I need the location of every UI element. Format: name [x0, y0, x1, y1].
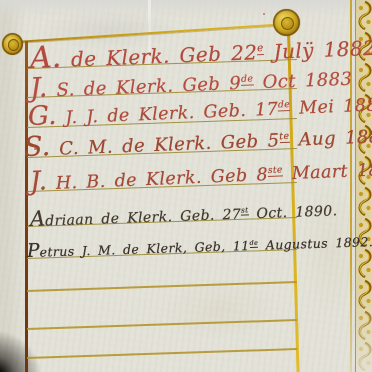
entry-ordinal: ste: [268, 166, 283, 178]
register-page-photo: A. de Klerk. Geb 22e Julÿ 1882J. S. de K…: [0, 0, 372, 372]
entry-name: J. H. B. de Klerk.: [29, 160, 202, 197]
entry-month: Aug: [298, 128, 336, 150]
entry-month: Oct: [262, 71, 296, 93]
entry-geb-label: Geb: [182, 74, 221, 96]
ink-speckle: [263, 13, 265, 15]
entry-ordinal: de: [278, 100, 290, 111]
entry-day: 27: [222, 207, 241, 224]
entry-name: S. C. M. de Klerk.: [23, 125, 212, 163]
entry-geb-label: Geb: [179, 42, 222, 68]
entry-month: Augustus: [266, 236, 329, 253]
entry-month: Julÿ: [273, 38, 314, 64]
entry-ordinal: de: [249, 239, 258, 248]
entry-geb-label: Geb.: [203, 101, 247, 123]
entry-geb-label: Geb,: [194, 239, 225, 255]
entry-geb-label: Geb: [210, 166, 248, 188]
entry-geb-label: Geb.: [180, 208, 215, 225]
ruled-line: [27, 348, 297, 359]
entry-year: 1892.: [335, 234, 372, 250]
entry-month: Mei: [299, 97, 335, 118]
frame-left-line: [25, 41, 28, 372]
entry-name: Adriaan de Klerk.: [30, 202, 173, 231]
entry-year: 1886: [345, 126, 372, 149]
entry-day: 11: [233, 238, 250, 254]
entry-ordinal: e: [257, 42, 264, 55]
entry-day: 17: [255, 100, 279, 121]
entry-day: 8: [256, 165, 268, 185]
entry-year: 1882: [323, 36, 372, 62]
entry-day: 5: [267, 130, 280, 151]
entry-name: Petrus J. M. de Klerk,: [27, 236, 188, 262]
left-corner-medallion-icon: [2, 33, 23, 55]
entry-year: 1890.: [295, 203, 338, 220]
entry-year: 1885: [343, 95, 372, 117]
entry-ordinal: st: [241, 206, 249, 216]
entry-year: 1889.: [357, 159, 372, 181]
paper-stain: [160, 280, 280, 340]
entry-day: 22: [231, 40, 258, 65]
entry-geb-label: Geb: [220, 131, 259, 153]
entry-ordinal: te: [279, 131, 290, 143]
entry-month: Oct.: [256, 205, 288, 222]
entry-ordinal: de: [241, 73, 254, 85]
entry-month: Maart: [291, 162, 348, 184]
